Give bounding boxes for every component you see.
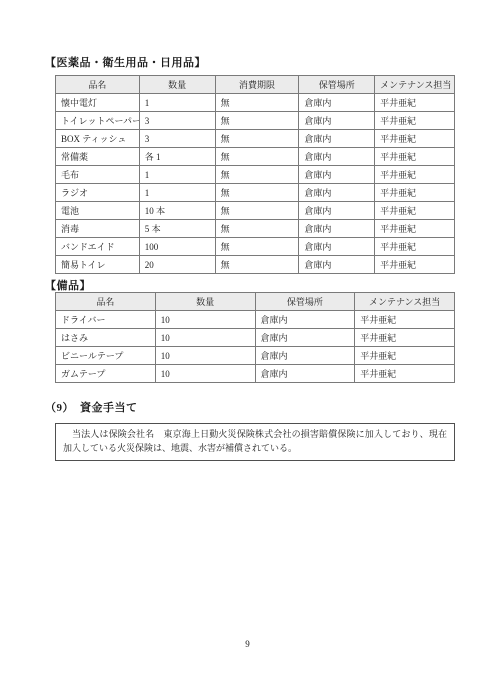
table-cell: 倉庫内 <box>299 148 375 166</box>
table-cell: 無 <box>215 238 299 256</box>
table-cell: 平井亜紀 <box>375 112 455 130</box>
table-cell: バンドエイド <box>56 238 140 256</box>
table-cell: BOX ティッシュ <box>56 130 140 148</box>
table-row: ガムテープ10倉庫内平井亜紀 <box>56 365 455 383</box>
table-cell: 無 <box>215 202 299 220</box>
table-cell: 10 <box>155 311 255 329</box>
table-cell: 平井亜紀 <box>355 311 455 329</box>
table-cell: 平井亜紀 <box>375 220 455 238</box>
supplies-table: 品名数量消費期限保管場所メンテナンス担当 懐中電灯1無倉庫内平井亜紀トイレットペ… <box>55 75 455 274</box>
table-cell: 倉庫内 <box>299 130 375 148</box>
equipment-table-head: 品名数量保管場所メンテナンス担当 <box>56 293 455 311</box>
table-cell: 3 <box>139 130 215 148</box>
table-cell: 10 本 <box>139 202 215 220</box>
table-cell: 懐中電灯 <box>56 94 140 112</box>
table-cell: 各 1 <box>139 148 215 166</box>
table-cell: 無 <box>215 94 299 112</box>
table-cell: 倉庫内 <box>255 311 355 329</box>
table-row: 消毒5 本無倉庫内平井亜紀 <box>56 220 455 238</box>
table-cell: ビニールテープ <box>56 347 156 365</box>
table-cell: 平井亜紀 <box>375 94 455 112</box>
column-header: 消費期限 <box>215 76 299 94</box>
column-header: 数量 <box>155 293 255 311</box>
table-cell: ドライバー <box>56 311 156 329</box>
table-cell: 無 <box>215 256 299 274</box>
table-cell: ラジオ <box>56 184 140 202</box>
table-cell: 3 <box>139 112 215 130</box>
table-cell: 平井亜紀 <box>375 256 455 274</box>
table-row: 簡易トイレ20無倉庫内平井亜紀 <box>56 256 455 274</box>
table-cell: 常備薬 <box>56 148 140 166</box>
table-row: 電池10 本無倉庫内平井亜紀 <box>56 202 455 220</box>
table-cell: 無 <box>215 112 299 130</box>
table-row: ビニールテープ10倉庫内平井亜紀 <box>56 347 455 365</box>
column-header: 保管場所 <box>255 293 355 311</box>
table-cell: 無 <box>215 166 299 184</box>
table-cell: 100 <box>139 238 215 256</box>
table-row: 懐中電灯1無倉庫内平井亜紀 <box>56 94 455 112</box>
table-cell: 簡易トイレ <box>56 256 140 274</box>
table-cell: 倉庫内 <box>299 238 375 256</box>
equipment-table-body: ドライバー10倉庫内平井亜紀はさみ10倉庫内平井亜紀ビニールテープ10倉庫内平井… <box>56 311 455 383</box>
document-page: 【医薬品・衛生用品・日用品】 品名数量消費期限保管場所メンテナンス担当 懐中電灯… <box>0 0 495 700</box>
table-cell: 倉庫内 <box>299 256 375 274</box>
table-cell: 平井亜紀 <box>375 148 455 166</box>
table-cell: 5 本 <box>139 220 215 238</box>
insurance-note-box: 当法人は保険会社名 東京海上日動火災保険株式会社の損害賠償保険に加入しており、現… <box>55 423 455 461</box>
column-header: 品名 <box>56 76 140 94</box>
equipment-table: 品名数量保管場所メンテナンス担当 ドライバー10倉庫内平井亜紀はさみ10倉庫内平… <box>55 292 455 383</box>
table-cell: 平井亜紀 <box>355 347 455 365</box>
table-cell: 平井亜紀 <box>375 238 455 256</box>
column-header: 保管場所 <box>299 76 375 94</box>
table-cell: 電池 <box>56 202 140 220</box>
table-cell: 倉庫内 <box>255 347 355 365</box>
table-cell: 無 <box>215 148 299 166</box>
table-cell: トイレットペーパー <box>56 112 140 130</box>
table-row: はさみ10倉庫内平井亜紀 <box>56 329 455 347</box>
column-header: メンテナンス担当 <box>375 76 455 94</box>
table-cell: 倉庫内 <box>299 202 375 220</box>
table-cell: ガムテープ <box>56 365 156 383</box>
table-cell: 倉庫内 <box>255 365 355 383</box>
table-cell: 10 <box>155 365 255 383</box>
table-cell: 無 <box>215 130 299 148</box>
table-cell: 倉庫内 <box>299 220 375 238</box>
funding-section-heading: （9） 資金手当て <box>45 399 138 415</box>
table-cell: 無 <box>215 220 299 238</box>
column-header: メンテナンス担当 <box>355 293 455 311</box>
table-cell: 平井亜紀 <box>375 130 455 148</box>
table-cell: 倉庫内 <box>299 166 375 184</box>
table-cell: 毛布 <box>56 166 140 184</box>
table-row: BOX ティッシュ3無倉庫内平井亜紀 <box>56 130 455 148</box>
table-row: ラジオ1無倉庫内平井亜紀 <box>56 184 455 202</box>
table-cell: 20 <box>139 256 215 274</box>
table-cell: 平井亜紀 <box>375 202 455 220</box>
table-cell: 10 <box>155 347 255 365</box>
page-number: 9 <box>0 639 495 649</box>
table-cell: 平井亜紀 <box>355 365 455 383</box>
table-row: 毛布1無倉庫内平井亜紀 <box>56 166 455 184</box>
table-row: トイレットペーパー3無倉庫内平井亜紀 <box>56 112 455 130</box>
table-cell: 倉庫内 <box>299 112 375 130</box>
table-cell: 消毒 <box>56 220 140 238</box>
table-cell: 倉庫内 <box>299 94 375 112</box>
table-row: ドライバー10倉庫内平井亜紀 <box>56 311 455 329</box>
table-cell: 1 <box>139 166 215 184</box>
supplies-section-title: 【医薬品・衛生用品・日用品】 <box>45 54 206 70</box>
header-row: 品名数量保管場所メンテナンス担当 <box>56 293 455 311</box>
equipment-section-title: 【備品】 <box>45 277 91 293</box>
table-cell: 平井亜紀 <box>375 166 455 184</box>
column-header: 品名 <box>56 293 156 311</box>
table-cell: 平井亜紀 <box>355 329 455 347</box>
table-cell: 1 <box>139 184 215 202</box>
supplies-table-head: 品名数量消費期限保管場所メンテナンス担当 <box>56 76 455 94</box>
table-row: 常備薬各 1無倉庫内平井亜紀 <box>56 148 455 166</box>
table-row: バンドエイド100無倉庫内平井亜紀 <box>56 238 455 256</box>
supplies-table-body: 懐中電灯1無倉庫内平井亜紀トイレットペーパー3無倉庫内平井亜紀BOX ティッシュ… <box>56 94 455 274</box>
header-row: 品名数量消費期限保管場所メンテナンス担当 <box>56 76 455 94</box>
table-cell: 倉庫内 <box>255 329 355 347</box>
column-header: 数量 <box>139 76 215 94</box>
table-cell: はさみ <box>56 329 156 347</box>
table-cell: 1 <box>139 94 215 112</box>
table-cell: 倉庫内 <box>299 184 375 202</box>
table-cell: 無 <box>215 184 299 202</box>
table-cell: 平井亜紀 <box>375 184 455 202</box>
table-cell: 10 <box>155 329 255 347</box>
